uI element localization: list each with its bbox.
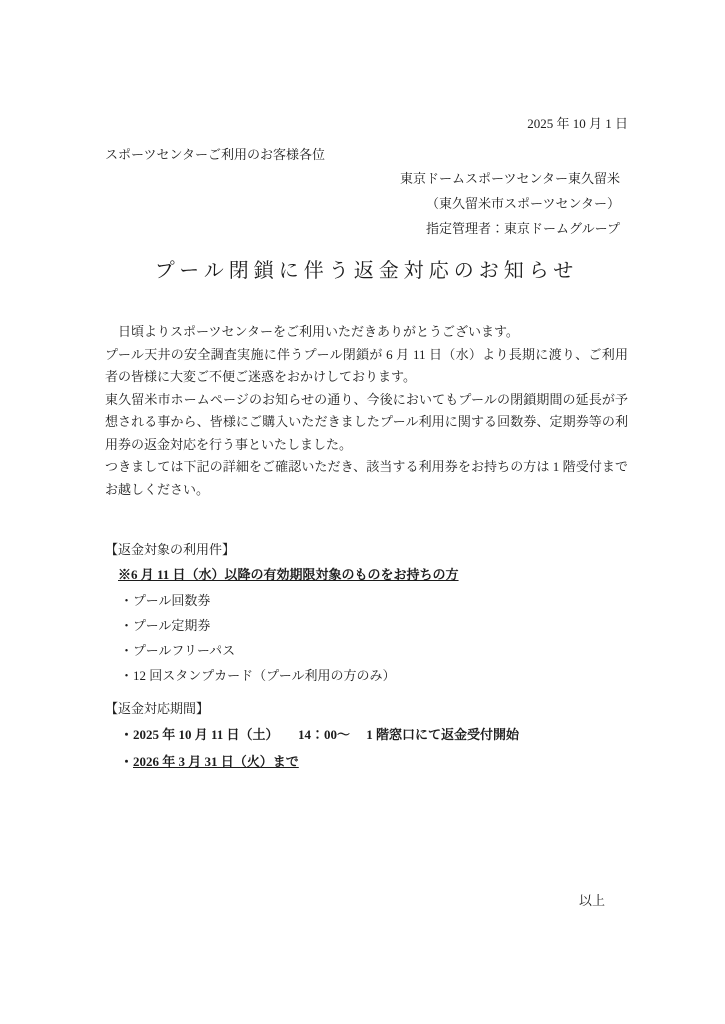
- body-paragraph-instruction: つきましては下記の詳細をご確認いただき、該当する利用券をお持ちの方は 1 階受付…: [105, 456, 628, 501]
- sender-line-organization: 東京ドームスポーツセンター東久留米: [105, 166, 620, 191]
- refund-period-end-text: 2026 年 3 月 31 日（火）まで: [133, 754, 299, 769]
- body-paragraph-closure: プール天井の安全調査実施に伴うプール閉鎖が 6 月 11 日（水）より長期に渡り…: [105, 344, 628, 389]
- refund-target-heading: 【返金対象の利用件】: [105, 538, 628, 562]
- refund-target-list: ・プール回数券 ・プール定期券 ・プールフリーパス ・12 回スタンプカード（プ…: [105, 588, 628, 688]
- document-date: 2025 年 10 月 1 日: [105, 113, 628, 135]
- sender-line-facility: （東久留米市スポーツセンター）: [105, 191, 620, 216]
- bullet-marker: ・: [120, 727, 133, 742]
- body-paragraph-refund-decision: 東久留米市ホームページのお知らせの通り、今後においてもプールの閉鎖期間の延長が予…: [105, 389, 628, 457]
- list-item-pool-kaisuken: ・プール回数券: [120, 588, 628, 613]
- refund-period-start-text: 2025 年 10 月 11 日（土） 14：00～ 1 階窓口にて返金受付開始: [133, 727, 519, 742]
- notice-document-page: 2025 年 10 月 1 日 スポーツセンターご利用のお客様各位 東京ドームス…: [0, 0, 725, 1024]
- sender-line-manager: 指定管理者：東京ドームグループ: [105, 216, 620, 241]
- bullet-marker: ・: [120, 754, 133, 769]
- refund-period-end: ・2026 年 3 月 31 日（火）まで: [120, 748, 628, 775]
- refund-period-start: ・2025 年 10 月 11 日（土） 14：00～ 1 階窓口にて返金受付開…: [120, 721, 628, 748]
- refund-period-section: 【返金対応期間】 ・2025 年 10 月 11 日（土） 14：00～ 1 階…: [105, 697, 628, 775]
- list-item-pool-teikiken: ・プール定期券: [120, 613, 628, 638]
- closing-word: 以上: [105, 890, 628, 912]
- body-paragraph-greeting: 日頃よりスポーツセンターをご利用いただきありがとうございます。: [105, 321, 628, 344]
- body-text: 日頃よりスポーツセンターをご利用いただきありがとうございます。 プール天井の安全…: [105, 321, 628, 501]
- refund-period-heading: 【返金対応期間】: [105, 697, 628, 721]
- addressee-line: スポーツセンターご利用のお客様各位: [105, 144, 628, 166]
- list-item-stampcard: ・12 回スタンプカード（プール利用の方のみ）: [120, 663, 628, 688]
- sender-block: 東京ドームスポーツセンター東久留米 （東久留米市スポーツセンター） 指定管理者：…: [105, 166, 628, 241]
- document-title: プール閉鎖に伴う返金対応のお知らせ: [105, 256, 628, 286]
- refund-target-section: 【返金対象の利用件】 ※6 月 11 日（水）以降の有効期限対象のものをお持ちの…: [105, 538, 628, 688]
- list-item-pool-freepass: ・プールフリーパス: [120, 638, 628, 663]
- refund-target-note: ※6 月 11 日（水）以降の有効期限対象のものをお持ちの方: [118, 562, 628, 588]
